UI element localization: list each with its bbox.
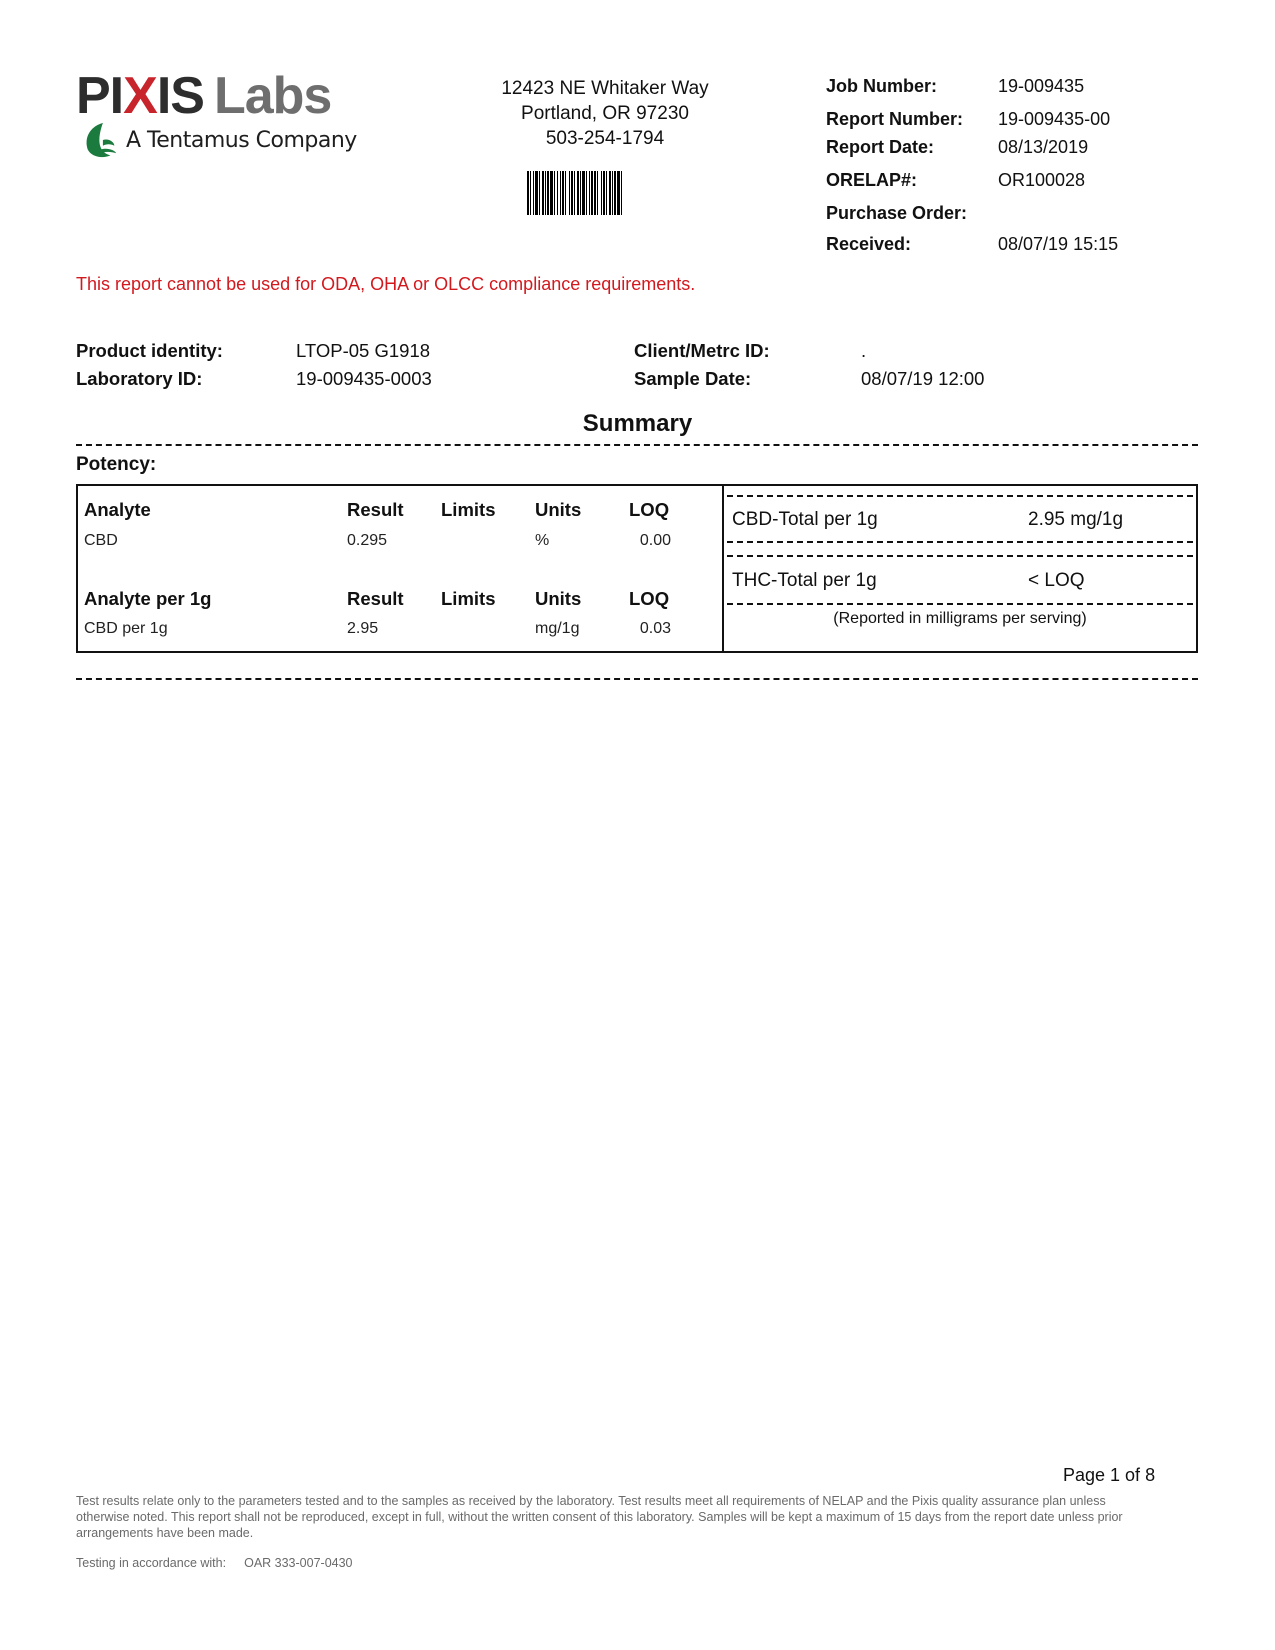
table1-cell-analyte: CBD (84, 532, 118, 550)
cbd-total-value: 2.95 mg/1g (1028, 509, 1123, 531)
tentamus-leaf-icon (82, 120, 120, 160)
summary-title: Summary (0, 410, 1275, 438)
table1-header-loq: LOQ (629, 499, 669, 521)
sample-date-label: Sample Date: (634, 368, 751, 390)
product-identity-label: Product identity: (76, 340, 223, 362)
page-number: Page 1 of 8 (1063, 1465, 1155, 1486)
table1-header-units: Units (535, 499, 581, 521)
logo-wordmark: PIXISLabs (76, 70, 366, 122)
totals-dash-bottom (727, 603, 1193, 605)
totals-note: (Reported in milligrams per serving) (722, 610, 1198, 628)
address-city: Portland, OR 97230 (470, 101, 740, 126)
potency-heading: Potency: (76, 454, 156, 476)
table2-header-units: Units (535, 588, 581, 610)
totals-dash-mid1 (727, 541, 1193, 543)
table1-header-analyte: Analyte (84, 499, 151, 521)
orelap-row: ORELAP#:OR100028 (826, 170, 1085, 191)
footer-disclaimer: Test results relate only to the paramete… (76, 1493, 1156, 1541)
logo-tagline: A Tentamus Company (126, 128, 357, 153)
summary-bottom-divider (76, 678, 1198, 680)
thc-total-value: < LOQ (1028, 570, 1085, 592)
table1-cell-loq: 0.00 (611, 532, 671, 550)
client-metrc-id-value: . (861, 340, 866, 362)
compliance-warning: This report cannot be used for ODA, OHA … (76, 274, 695, 295)
table1-cell-units: % (535, 532, 549, 550)
table2-header-analyte: Analyte per 1g (84, 588, 212, 610)
accordance-label: Testing in accordance with: (76, 1556, 226, 1570)
table2-cell-analyte: CBD per 1g (84, 620, 168, 638)
table1-header-result: Result (347, 499, 404, 521)
table2-header-limits: Limits (441, 588, 495, 610)
footer-accordance: Testing in accordance with:OAR 333-007-0… (76, 1556, 353, 1570)
laboratory-id-label: Laboratory ID: (76, 368, 202, 390)
table1-cell-result: 0.295 (347, 532, 387, 550)
client-metrc-id-label: Client/Metrc ID: (634, 340, 770, 362)
purchase-order-row: Purchase Order: (826, 203, 998, 224)
lab-address: 12423 NE Whitaker Way Portland, OR 97230… (470, 76, 740, 151)
pixis-labs-logo: PIXISLabs A Tentamus Company (76, 70, 366, 170)
product-identity-value: LTOP-05 G1918 (296, 340, 430, 362)
table2-header-loq: LOQ (629, 588, 669, 610)
job-number-row: Job Number:19-009435 (826, 76, 1084, 97)
cbd-total-label: CBD-Total per 1g (732, 509, 878, 531)
summary-divider (76, 444, 1198, 446)
accordance-value: OAR 333-007-0430 (244, 1556, 352, 1570)
table2-cell-loq: 0.03 (611, 620, 671, 638)
address-street: 12423 NE Whitaker Way (470, 76, 740, 101)
laboratory-id-value: 19-009435-0003 (296, 368, 432, 390)
thc-total-label: THC-Total per 1g (732, 570, 877, 592)
table1-header-limits: Limits (441, 499, 495, 521)
report-date-row: Report Date:08/13/2019 (826, 137, 1088, 158)
table2-cell-units: mg/1g (535, 620, 579, 638)
received-row: Received:08/07/19 15:15 (826, 234, 1118, 255)
logo-tagline-row: A Tentamus Company (82, 120, 357, 160)
sample-date-value: 08/07/19 12:00 (861, 368, 984, 390)
totals-dash-mid2 (727, 555, 1193, 557)
table2-header-result: Result (347, 588, 404, 610)
totals-dash-top (727, 495, 1193, 497)
address-phone: 503-254-1794 (470, 126, 740, 151)
barcode (527, 171, 669, 215)
table2-cell-result: 2.95 (347, 620, 378, 638)
report-number-row: Report Number:19-009435-00 (826, 109, 1110, 130)
